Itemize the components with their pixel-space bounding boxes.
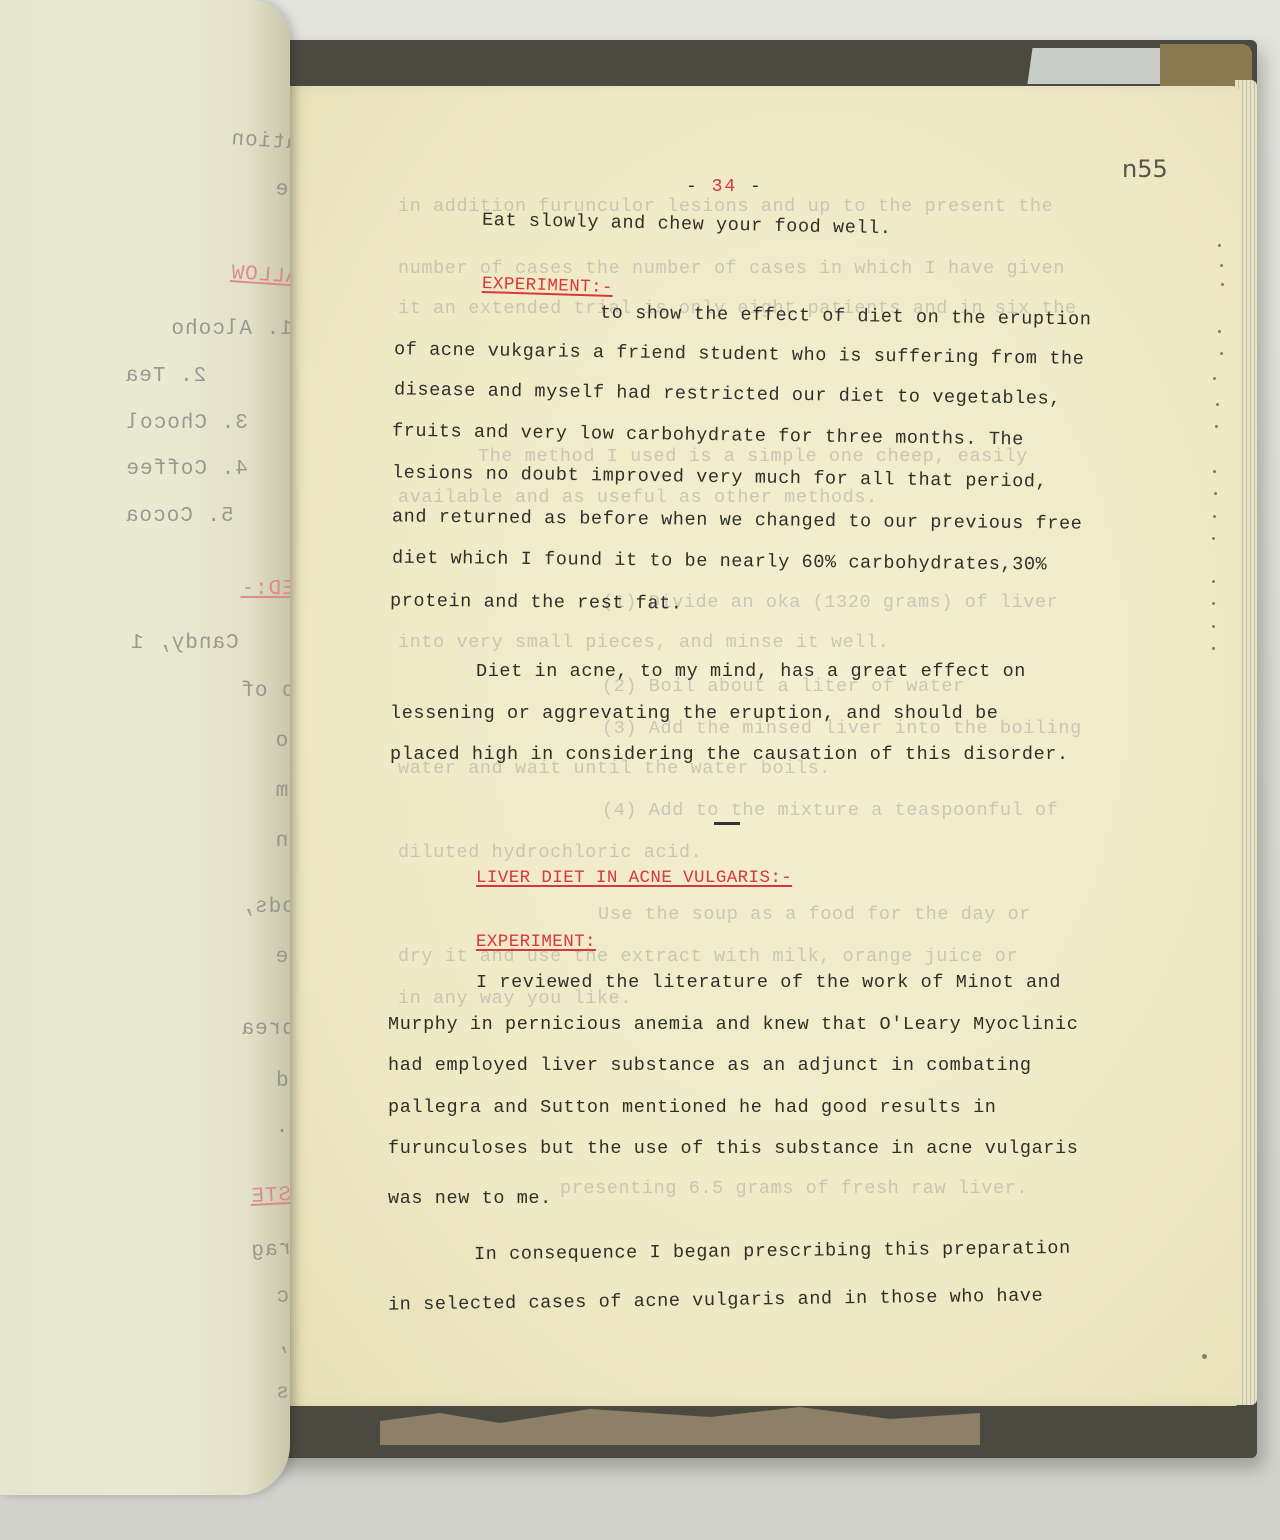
text-line: protein and the rest fat. <box>390 590 683 614</box>
heading-experiment-2: EXPERIMENT: <box>476 932 596 952</box>
text-line: lessening or aggrevating the eruption, a… <box>390 703 999 724</box>
left-page: Sugar in moderation Appended hitherto is… <box>0 0 290 1495</box>
text-line: furunculoses but the use of this substan… <box>388 1138 1078 1159</box>
text-line: Murphy in pernicious anemia and knew tha… <box>388 1014 1078 1035</box>
heading-liver-diet: LIVER DIET IN ACNE VULGARIS:- <box>476 868 792 888</box>
text-line: placed high in considering the causation… <box>390 744 1069 765</box>
text-line: pallegra and Sutton mentioned he had goo… <box>388 1097 997 1118</box>
folio-number: n55 <box>1122 155 1168 183</box>
text-line: was new to me. <box>388 1188 552 1209</box>
heading-experiment-1: EXPERIMENT:- <box>482 274 613 298</box>
text-line: Diet in acne, to my mind, has a great ef… <box>476 661 1026 682</box>
cover-repair-tape <box>1027 48 1172 84</box>
text-line: I reviewed the literature of the work of… <box>476 972 1061 993</box>
page-number: - 34 - <box>686 177 763 197</box>
text-line: had employed liver substance as an adjun… <box>388 1055 1032 1076</box>
section-divider <box>714 822 740 825</box>
page-number-value: 34 <box>712 177 738 197</box>
